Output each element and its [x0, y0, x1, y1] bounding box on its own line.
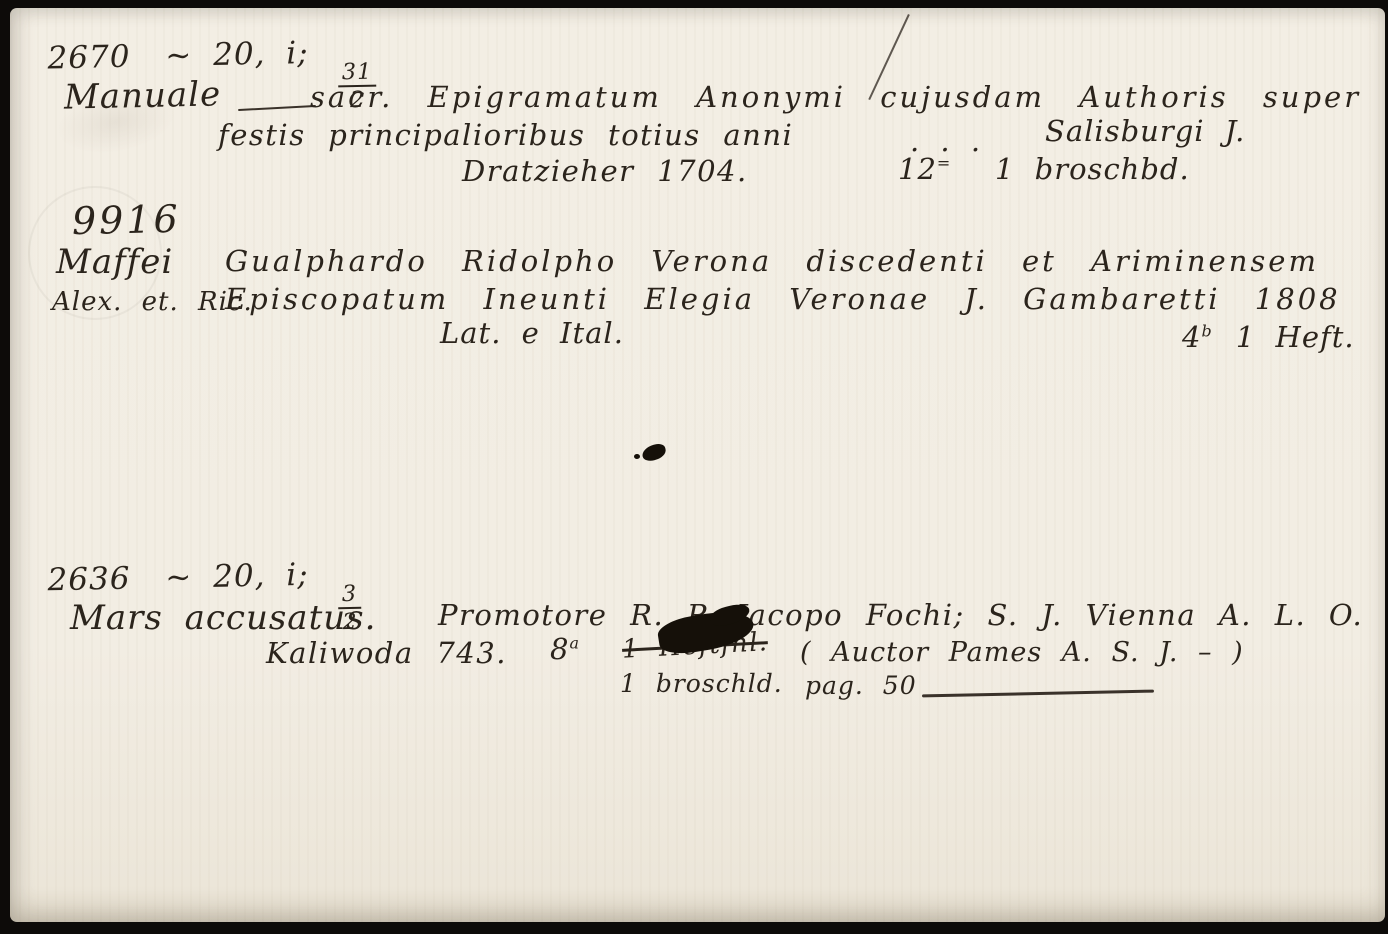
entry3-page-note: pag. 50 — [805, 672, 917, 700]
entry3-paren-note: ( Auctor Pames A. S. J. – ) — [800, 638, 1244, 668]
entry3-title: Mars accusatus. — [70, 600, 376, 637]
entry1-imprint: Dratzieher 1704. — [462, 156, 748, 188]
entry2-line2-left: Alex. et. Ric. — [52, 288, 253, 317]
entry3-shelfmark-number: 2636 — [47, 561, 131, 599]
entry3-extent: 1 broschld. — [620, 670, 783, 698]
entry1-title-word: Manuale — [64, 76, 222, 117]
entry3-line1-rest: Promotore R. P. Jacopo Fochi; S. J. Vien… — [438, 600, 1363, 632]
entry2-format-extent: 4b 1 Heft. — [1182, 322, 1355, 354]
entry2-line1-rest: Gualphardo Ridolpho Verona discedenti et… — [225, 246, 1319, 278]
ink-blot-small — [640, 442, 667, 463]
entry2-language-note: Lat. e Ital. — [440, 318, 624, 350]
entry2-catalog-number: 9916 — [72, 199, 182, 243]
card-paper: 2670 ~ 20, i; 31 2 Manuale sacr. Epigram… — [10, 8, 1385, 922]
entry2-line2-rest: Episcopatum Ineunti Elegia Veronae J. Ga… — [225, 284, 1341, 316]
entry1-shelfmark-mid: ~ 20, i; — [165, 35, 309, 74]
entry3-shelfmark-mid: ~ 20, i; — [165, 557, 309, 596]
underline-flourish — [922, 690, 1154, 698]
ink-blot-dot — [634, 454, 640, 459]
entry1-line2-left: festis principalioribus totius anni — [218, 120, 793, 152]
scanned-catalog-card: 2670 ~ 20, i; 31 2 Manuale sacr. Epigram… — [0, 0, 1388, 934]
entry2-author: Maffei — [56, 244, 173, 281]
entry1-extent: 1 broschbd. — [995, 154, 1190, 186]
entry1-format: 12= — [898, 154, 950, 186]
entry1-title-rest: sacr. Epigramatum Anonymi cujusdam Autho… — [310, 82, 1361, 114]
entry1-shelfmark-number: 2670 — [47, 39, 131, 77]
entry1-line2-right: Salisburgi J. — [1045, 116, 1245, 148]
entry3-format: 8a — [550, 634, 579, 666]
entry3-imprint: Kaliwoda 743. — [266, 638, 507, 670]
